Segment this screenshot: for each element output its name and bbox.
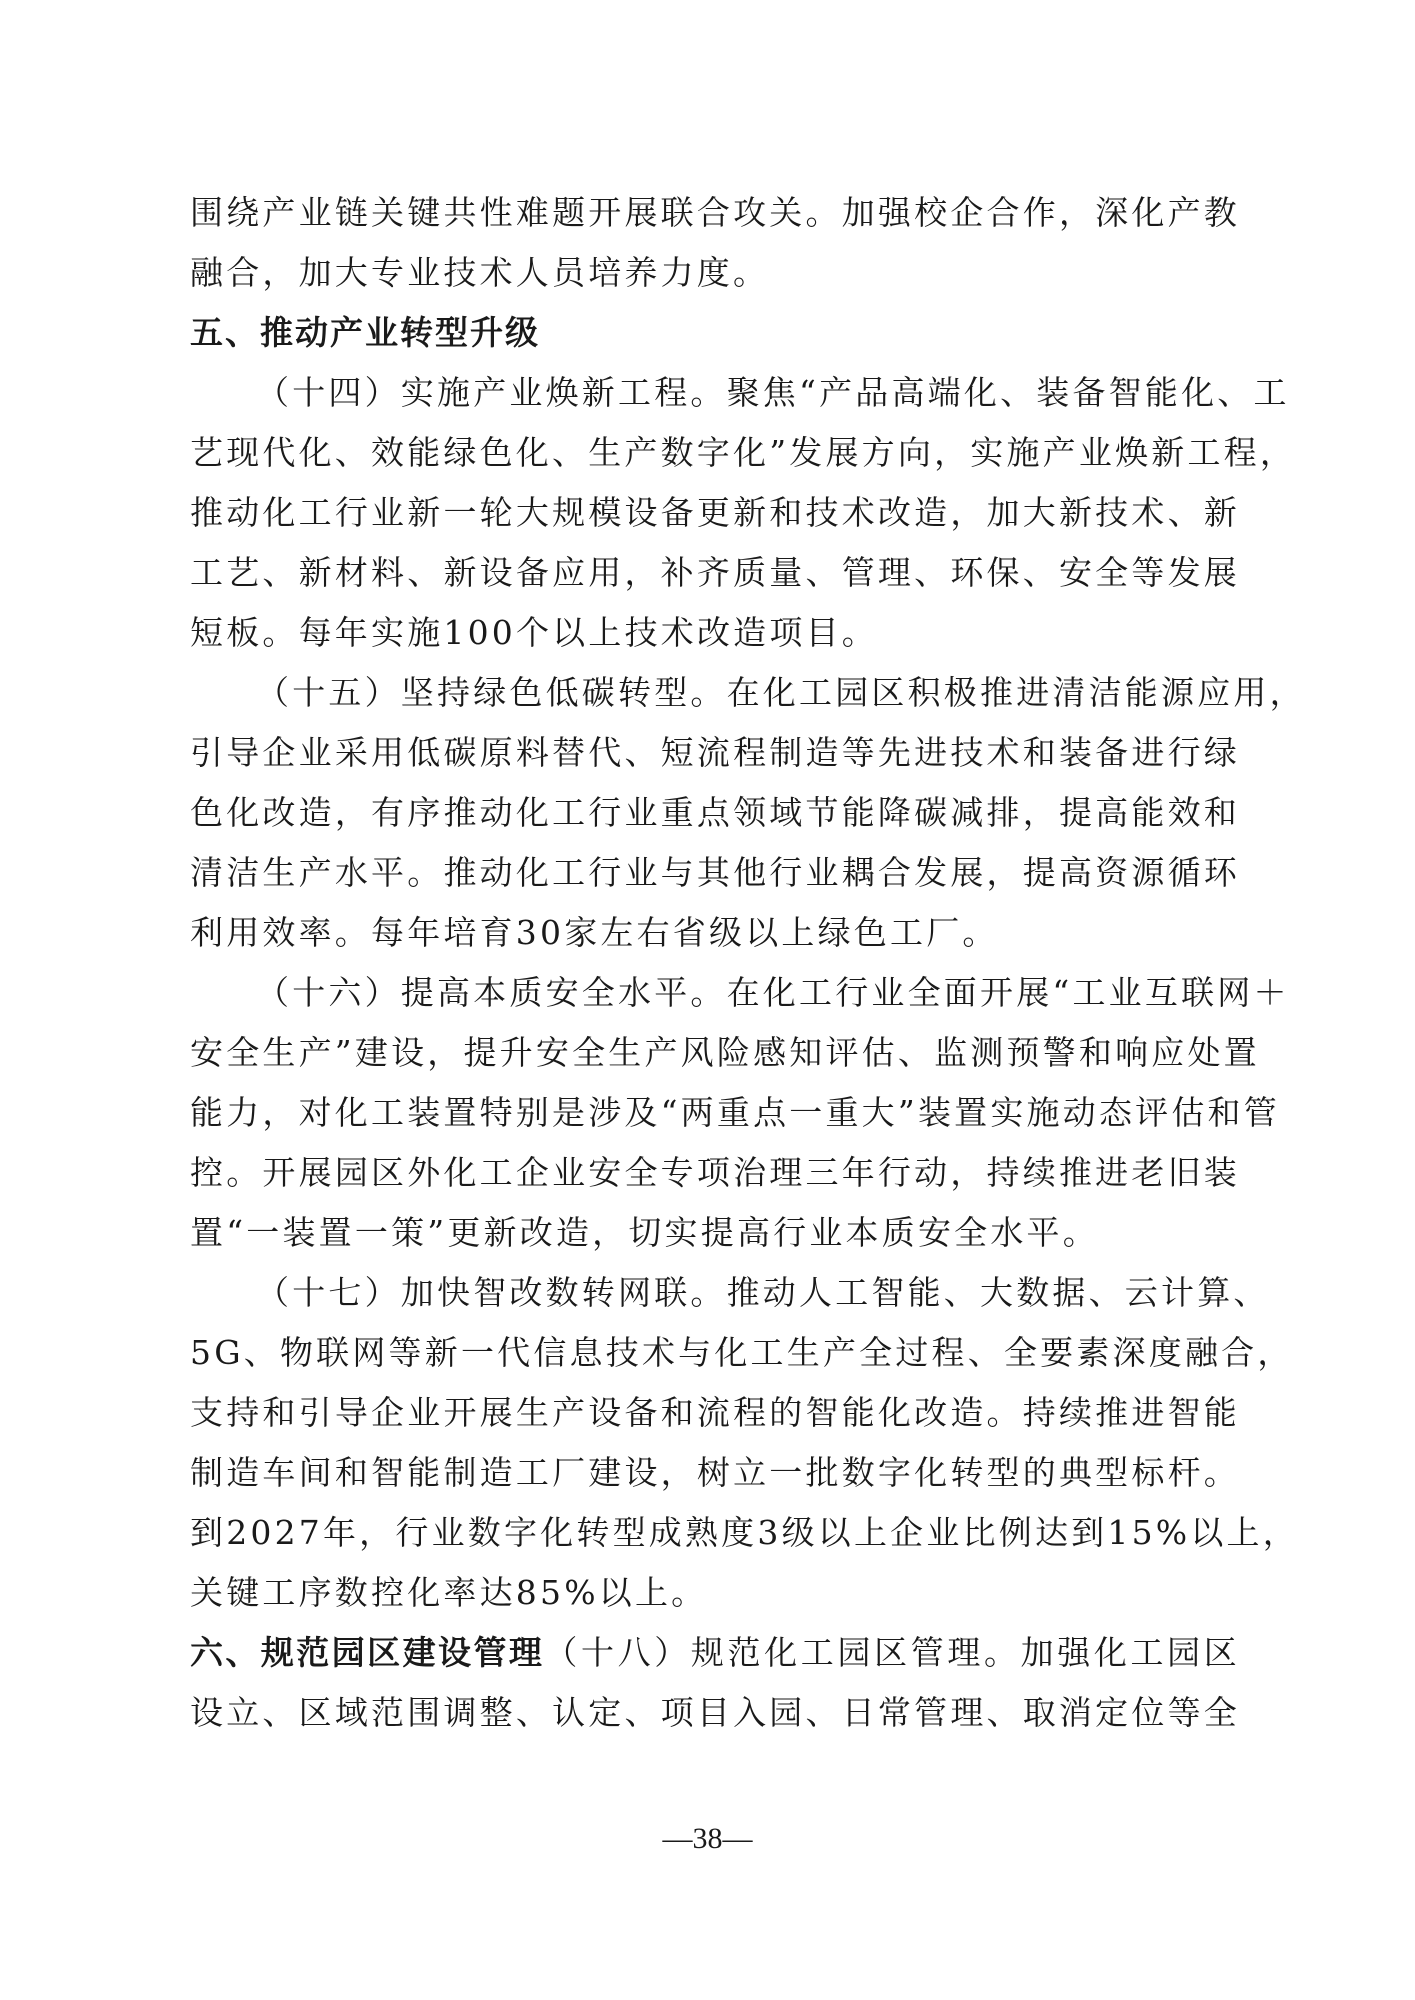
paragraph-line: 艺现代化、效能绿色化、生产数字化”发展方向，实施产业焕新工程， [190, 433, 1240, 473]
paragraph-line: 关键工序数控化率达85%以上。 [190, 1573, 1240, 1613]
paragraph-text: （十八）规范化工园区管理。加强化工园区 [544, 1633, 1240, 1672]
document-page: 围绕产业链关键共性难题开展联合攻关。加强校企合作，深化产教 融合，加大专业技术人… [0, 0, 1415, 2000]
paragraph-line: 工艺、新材料、新设备应用，补齐质量、管理、环保、安全等发展 [190, 553, 1240, 593]
paragraph-line: （十五）坚持绿色低碳转型。在化工园区积极推进清洁能源应用， [256, 673, 1240, 713]
paragraph-line: 短板。每年实施100个以上技术改造项目。 [190, 613, 1240, 653]
paragraph-line: 控。开展园区外化工企业安全专项治理三年行动，持续推进老旧装 [190, 1153, 1240, 1193]
page-number: —38— [0, 1822, 1415, 1856]
section-6-line: 六、规范园区建设管理（十八）规范化工园区管理。加强化工园区 [190, 1633, 1240, 1673]
paragraph-line: 清洁生产水平。推动化工行业与其他行业耦合发展，提高资源循环 [190, 853, 1240, 893]
paragraph-line: 色化改造，有序推动化工行业重点领域节能降碳减排，提高能效和 [190, 793, 1240, 833]
paragraph-line: 利用效率。每年培育30家左右省级以上绿色工厂。 [190, 913, 1240, 953]
paragraph-line: 到2027年，行业数字化转型成熟度3级以上企业比例达到15%以上， [190, 1513, 1240, 1553]
paragraph-line: （十六）提高本质安全水平。在化工行业全面开展“工业互联网＋ [256, 973, 1240, 1013]
paragraph-line: 制造车间和智能制造工厂建设，树立一批数字化转型的典型标杆。 [190, 1453, 1240, 1493]
paragraph-line: 支持和引导企业开展生产设备和流程的智能化改造。持续推进智能 [190, 1393, 1240, 1433]
paragraph-line: 融合，加大专业技术人员培养力度。 [190, 253, 1240, 293]
paragraph-line: （十七）加快智改数转网联。推动人工智能、大数据、云计算、 [256, 1273, 1240, 1313]
paragraph-line: 引导企业采用低碳原料替代、短流程制造等先进技术和装备进行绿 [190, 733, 1240, 773]
paragraph-line: 5G、物联网等新一代信息技术与化工生产全过程、全要素深度融合， [190, 1333, 1240, 1373]
paragraph-line: 推动化工行业新一轮大规模设备更新和技术改造，加大新技术、新 [190, 493, 1240, 533]
section-heading-5: 五、推动产业转型升级 [190, 313, 1240, 353]
paragraph-line: 置“一装置一策”更新改造，切实提高行业本质安全水平。 [190, 1213, 1240, 1253]
paragraph-line: 安全生产”建设，提升安全生产风险感知评估、监测预警和响应处置 [190, 1033, 1240, 1073]
paragraph-line: 能力，对化工装置特别是涉及“两重点一重大”装置实施动态评估和管 [190, 1093, 1240, 1133]
paragraph-line: 围绕产业链关键共性难题开展联合攻关。加强校企合作，深化产教 [190, 193, 1240, 233]
section-heading-6: 六、规范园区建设管理 [190, 1633, 544, 1672]
paragraph-line: 设立、区域范围调整、认定、项目入园、日常管理、取消定位等全 [190, 1693, 1240, 1733]
paragraph-line: （十四）实施产业焕新工程。聚焦“产品高端化、装备智能化、工 [256, 373, 1240, 413]
